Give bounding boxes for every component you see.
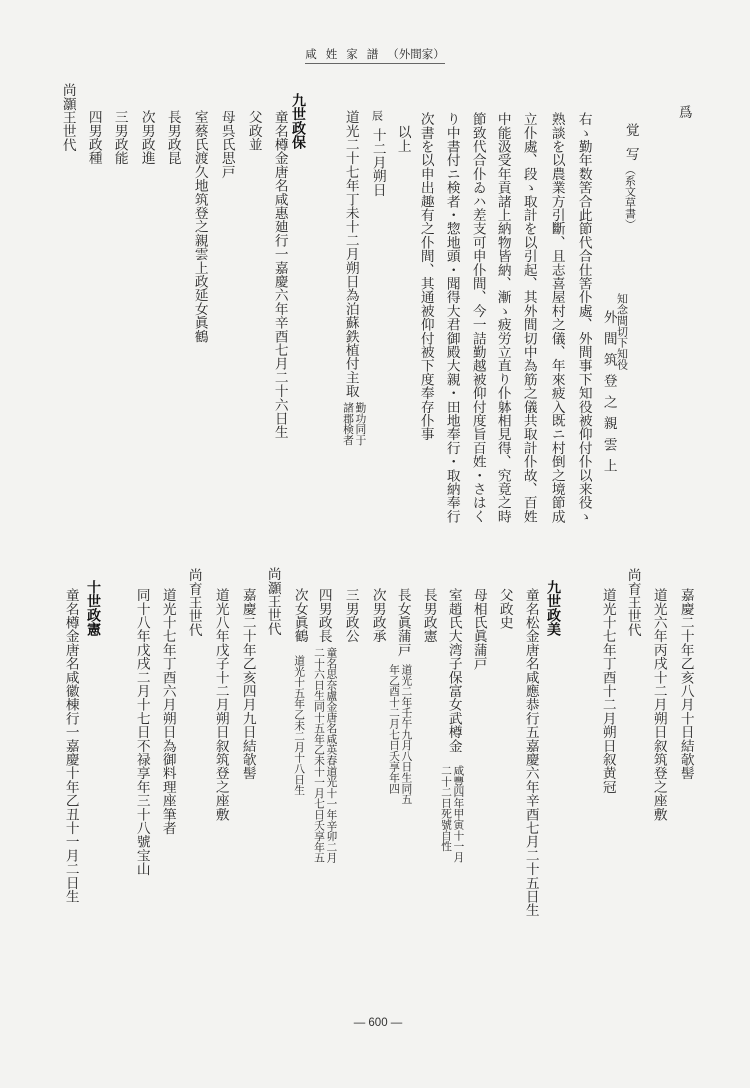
- appointment-note: 勤功同于 諸郡検者: [342, 402, 367, 445]
- career-record: 道光六年丙戌十二月朔日叙筑登之座敷: [651, 588, 665, 821]
- child-note-line: 二十六日生同十五年乙未十一月七日夭享年五: [313, 647, 325, 863]
- appointment-note-line: 諸郡検者: [342, 402, 354, 445]
- decree-title-main: 覚: [623, 123, 637, 137]
- decree-body-line: 熟談を以農業方引斷、且志喜屋村之儀、年來疲入既ニ村倒之境節成: [549, 112, 563, 523]
- generation-heading: 九世政美: [546, 580, 560, 636]
- child-entry: 長男政憲: [421, 588, 435, 643]
- career-record: 道光八年戊子十二月朔日叙筑登之座敷: [213, 588, 227, 821]
- child-note-line: 道光十五年乙未二月十八日生: [293, 655, 305, 795]
- career-record: 同十八年戊戌二月十七日不禄享年三十八號宝山: [134, 588, 148, 876]
- reign-label: 尚育王世代: [186, 568, 200, 637]
- page-number: — 600 —: [0, 1017, 750, 1029]
- mother-entry: 母呉氏思戸: [219, 110, 233, 179]
- header-title-sub: （外間家）: [387, 47, 445, 61]
- birth-record: 童名樽金唐名咸惠廸行一嘉慶六年辛酉七月二十六日生: [272, 110, 286, 439]
- child-entry: 次男政承: [370, 588, 384, 643]
- child-entry: 四男政種: [86, 110, 100, 165]
- decree-body-line: 節致代合仆ゐハ差支可申仆間、今一詰勤越被仰付度旨百姓・さはく: [470, 112, 484, 523]
- addressee-name: 外間筑登之親雲上: [601, 310, 615, 480]
- child-entry: 三男政能: [112, 110, 126, 165]
- child-note-line: 年乙酉十二月七日夭享年四: [388, 664, 400, 804]
- child-note: 童名思奈盧金唐名咸英春道光十一年辛卯二月 二十六日生同十五年乙未十一月七日夭享年…: [313, 647, 338, 863]
- career-record: 道光十七年丁酉六月朔日為御料理座筆者: [160, 588, 174, 835]
- child-note: 道光十五年乙未二月十八日生: [293, 655, 305, 795]
- wife-note-line: 二十二日死號自性: [440, 765, 452, 862]
- wife-note: 咸豐四年甲寅十一月 二十二日死號自性: [440, 765, 465, 862]
- addressee-office: 知念間切下知役: [617, 293, 628, 370]
- reign-label: 尚灝王世代: [60, 83, 74, 152]
- career-record: 嘉慶二十年乙亥八月十日結欹髻: [678, 588, 692, 780]
- child-entry: 長男政昆: [165, 110, 179, 165]
- generation-heading: 十世政憲: [86, 580, 100, 636]
- child-note-line: 童名思奈盧金唐名咸英春道光十一年辛卯二月: [325, 647, 337, 863]
- decree-title-note: （系文草書）: [625, 164, 636, 230]
- child-entry: 次男政進: [139, 110, 153, 165]
- child-entry: 四男政長: [316, 588, 330, 643]
- child-entry: 三男政公: [343, 588, 357, 643]
- child-entry: 長女眞蒲戸: [395, 588, 409, 657]
- decree-title-sub: 写: [623, 147, 637, 161]
- appointment-record: 道光二十七年丁未十二月朔日為泊蘇鉄植付主取: [343, 110, 357, 398]
- decree-date-zodiac: 辰: [372, 110, 383, 121]
- decree-body-line: 立仆處、段ゝ取計を以引起、其外間切中為筋之儀共取計仆故、百姓: [521, 112, 535, 523]
- career-record: 道光十七年丁酉十二月朔日叙黄冠: [600, 588, 614, 794]
- decree-body-line: 次書を以申出趣有之仆間、其通被仰付被下度奉存仆事: [418, 112, 432, 441]
- child-note-line: 道光二年壬午九月八日生同五: [400, 664, 412, 804]
- running-header: 咸姓家譜（外間家）: [0, 49, 750, 64]
- child-note: 道光二年壬午九月八日生同五 年乙酉十二月七日夭享年四: [388, 664, 413, 804]
- decree-body-line: 中能汲受年貢諸上納物皆納、漸ゝ疲労立直り仆躰相見得、究竟之時: [495, 112, 509, 523]
- header-title: 咸姓家譜（外間家）: [305, 49, 445, 64]
- decree-body-line: 右ゝ勤年数筈合此節代合仕筈仆處、外間事下知役被仰付仆以来役ゝ: [576, 112, 590, 523]
- child-entry: 次女眞鶴: [292, 588, 306, 643]
- decree-closing: 以上: [395, 125, 409, 152]
- reign-label: 尚育王世代: [625, 568, 639, 637]
- generation-heading: 九世政保: [291, 93, 305, 149]
- father-entry: 父政史: [497, 588, 511, 629]
- wife-entry: 室蔡氏渡久地筑登之親雲上政延女眞鶴: [192, 110, 206, 343]
- mother-entry: 母相氏眞蒲戸: [471, 588, 485, 670]
- birth-record: 童名松金唐名咸應恭行五嘉慶六年辛酉七月二十五日生: [523, 588, 537, 917]
- wife-entry: 室趙氏大湾子保富女武樽金: [446, 588, 460, 752]
- career-record: 嘉慶二十年乙亥四月九日結欹髻: [240, 588, 254, 780]
- father-entry: 父政並: [246, 110, 260, 151]
- document-page: 咸姓家譜（外間家） 爲 覚 写 （系文草書） 知念間切下知役 外間筑登之親雲上 …: [0, 0, 750, 1088]
- decree-date: 十二月朔日: [370, 128, 384, 197]
- birth-record: 童名樽金唐名咸徽棟行一嘉慶十年乙丑十一月二日生: [63, 588, 77, 903]
- header-title-main: 咸姓家譜: [305, 47, 387, 61]
- appointment-note-line: 勤功同于: [354, 402, 366, 445]
- decree-mark: 爲: [676, 105, 690, 119]
- reign-label: 尚灝王世代: [265, 567, 279, 636]
- decree-body-line: り中書付ニ検者・惣地頭・聞得大君御殿大親・田地奉行・取納奉行: [444, 112, 458, 523]
- wife-note-line: 咸豐四年甲寅十一月: [452, 765, 464, 862]
